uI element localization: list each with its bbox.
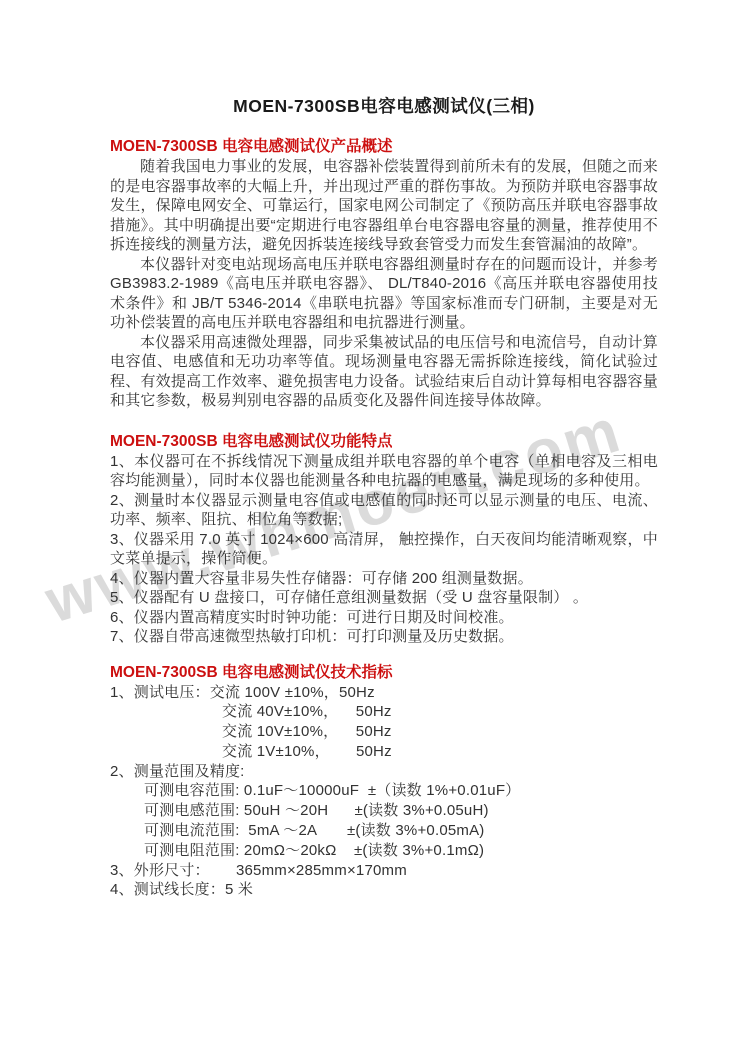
spec-list: 1、测试电压：交流 100V ±10%，50Hz 交流 40V±10%， 50H… xyxy=(110,683,658,901)
feature-item: 3、仪器采用 7.0 英寸 1024×600 高清屏， 触控操作，白天夜间均能清… xyxy=(110,530,658,569)
spec-line: 可测电容范围: 0.1uF～10000uF ±（读数 1%+0.01uF） xyxy=(110,781,658,801)
spec-line: 1、测试电压：交流 100V ±10%，50Hz xyxy=(110,683,658,703)
spec-line: 3、外形尺寸： 365mm×285mm×170mm xyxy=(110,861,658,881)
feature-item: 4、仪器内置大容量非易失性存储器：可存储 200 组测量数据。 xyxy=(110,569,658,589)
spec-line: 可测电感范围: 50uH ～20H ±(读数 3%+0.05uH) xyxy=(110,801,658,821)
feature-item: 6、仪器内置高精度实时时钟功能：可进行日期及时间校准。 xyxy=(110,608,658,628)
spec-line: 2、测量范围及精度: xyxy=(110,762,658,782)
section-heading-specs: MOEN-7300SB 电容电感测试仪技术指标 xyxy=(110,663,658,683)
spec-line: 4、测试线长度：5 米 xyxy=(110,880,658,900)
overview-paragraph: 随着我国电力事业的发展，电容器补偿装置得到前所未有的发展，但随之而来的是电容器事… xyxy=(110,157,658,255)
spec-line: 可测电阻范围: 20mΩ～20kΩ ±(读数 3%+0.1mΩ) xyxy=(110,841,658,861)
page-title: MOEN-7300SB电容电感测试仪(三相) xyxy=(110,93,658,118)
document-content: MOEN-7300SB电容电感测试仪(三相) MOEN-7300SB 电容电感测… xyxy=(110,0,658,900)
spec-line: 交流 1V±10%， 50Hz xyxy=(110,742,658,762)
spec-line: 交流 10V±10%， 50Hz xyxy=(110,722,658,742)
document-page: www.whmoen.com MOEN-7300SB电容电感测试仪(三相) MO… xyxy=(0,0,750,1061)
section-heading-features: MOEN-7300SB 电容电感测试仪功能特点 xyxy=(110,432,658,452)
feature-item: 5、仪器配有 U 盘接口，可存储任意组测量数据（受 U 盘容量限制） 。 xyxy=(110,588,658,608)
feature-item: 2、测量时本仪器显示测量电容值或电感值的同时还可以显示测量的电压、电流、功率、频… xyxy=(110,491,658,530)
overview-paragraph: 本仪器针对变电站现场高电压并联电容器组测量时存在的问题而设计，并参考 GB398… xyxy=(110,255,658,333)
spec-line: 交流 40V±10%， 50Hz xyxy=(110,702,658,722)
spec-line: 可测电流范围: 5mA ～2A ±(读数 3%+0.05mA) xyxy=(110,821,658,841)
feature-item: 1、本仪器可在不拆线情况下测量成组并联电容器的单个电容（单相电容及三相电容均能测… xyxy=(110,452,658,491)
overview-paragraph: 本仪器采用高速微处理器，同步采集被试品的电压信号和电流信号，自动计算电容值、电感… xyxy=(110,333,658,411)
feature-list: 1、本仪器可在不拆线情况下测量成组并联电容器的单个电容（单相电容及三相电容均能测… xyxy=(110,452,658,647)
feature-item: 7、仪器自带高速微型热敏打印机：可打印测量及历史数据。 xyxy=(110,627,658,647)
section-heading-overview: MOEN-7300SB 电容电感测试仪产品概述 xyxy=(110,137,658,157)
